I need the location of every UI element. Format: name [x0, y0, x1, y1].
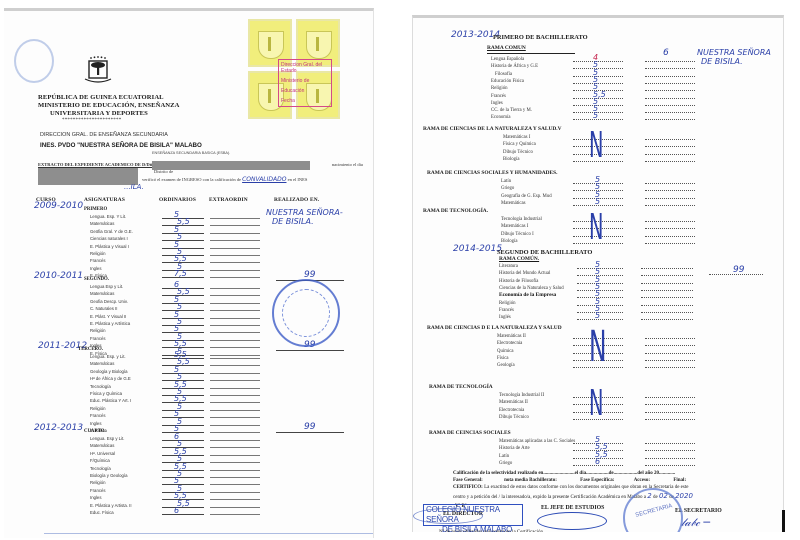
- subject-name: Física y Química: [90, 390, 122, 397]
- extraordinary-grade-line: [210, 388, 260, 389]
- extraordinary-grade-line: [645, 353, 695, 354]
- extraordinary-grade-line: [645, 68, 695, 69]
- extraordinary-grade-line: [210, 295, 260, 296]
- bach2-title: SEGUNDO DE BACHILLERATO: [497, 249, 592, 256]
- education-level-note: ENSEÑANZA SECUNDARIA BASICA (ESBA).: [152, 151, 230, 155]
- extraordinary-grade-line: [210, 318, 260, 319]
- extract-line-3: verificó el examen de INGRESO con la cal…: [142, 176, 307, 183]
- signature-secretario: 𝓁𝒶𝒷𝒸 ─: [681, 516, 710, 530]
- subject-name: Química: [497, 348, 514, 355]
- extraordinary-grade-line: [210, 395, 260, 396]
- branch-title: RAMA DE TECNOLOGÍA: [429, 384, 493, 390]
- subject-name: Religión: [90, 479, 106, 486]
- ordinary-grade-line: [162, 303, 204, 304]
- extraordinary-grade-line: [645, 61, 695, 62]
- extraordinary-grade-line: [645, 338, 695, 339]
- branch-title: RAMA DE CIENCIAS SOCIALES Y HUMANIDADES.: [427, 170, 558, 176]
- subject-name: Matemáticas: [501, 200, 526, 207]
- subject-name: Lengua. Esp y Lit.: [90, 435, 124, 442]
- fiscal-stamps: Direccion Gral. del Estado Ministerio de…: [248, 19, 340, 121]
- extraordinary-grade-line: [645, 98, 695, 99]
- subject-name: Latín: [499, 453, 509, 460]
- extraordinary-grade-line: [645, 119, 695, 120]
- extraordinary-grade-line: [210, 499, 260, 500]
- branch-title: RAMA DE TECNOLOGÍA.: [423, 208, 488, 214]
- extraordinary-grade-line: [645, 404, 695, 405]
- extraordinary-grade-line: [210, 440, 260, 441]
- course-level: TERCERO.: [78, 347, 103, 352]
- ordinary-grade-line: [162, 233, 204, 234]
- subject-name: Geöfia Gral. Y de G.E.: [90, 228, 133, 235]
- subject-name: Ciencias naturales I: [90, 235, 128, 242]
- extraordinary-grade-line: [645, 154, 695, 155]
- ordinary-grade-line: [162, 514, 204, 515]
- branch-title: RAMA DE CEINCIAS SOCIALES: [429, 430, 511, 436]
- extract-line-2: Distrito de: [154, 169, 173, 174]
- signature-jefe: [537, 512, 607, 530]
- subject-name: Matemáticas: [90, 360, 114, 367]
- extraordinary-grade-line: [210, 373, 260, 374]
- subject-name: Lengua Esp y Lit.: [90, 283, 123, 290]
- extraordinary-grade-line: [210, 225, 260, 226]
- extraordinary-grade-line: [210, 310, 260, 311]
- subject-name: Ingles: [90, 420, 101, 427]
- subject-name: Dibujo Técnico: [503, 149, 533, 156]
- extraordinary-grade-line: [645, 458, 695, 459]
- red-overprint-stamp: Direccion Gral. del Estado Ministerio de…: [278, 59, 332, 107]
- extraordinary-grade-line: [645, 139, 695, 140]
- extraordinary-grade-line: [210, 277, 260, 278]
- subject-name: Filosofía: [495, 71, 512, 78]
- right-page-bachillerato-record: 2013-2014 PRIMERO DE BACHILLERATO RAMA C…: [412, 15, 784, 532]
- realizado-line: [276, 350, 344, 351]
- redacted-birth-info: [38, 168, 138, 185]
- extraordinary-grade-line: [210, 492, 260, 493]
- extraordinary-grade-line: [645, 205, 695, 206]
- extraordinary-grade-line: [645, 397, 695, 398]
- ordinary-grade-line: [162, 325, 204, 326]
- subject-name: Historia del Mundo Actual: [499, 270, 550, 277]
- bach2-rama-comun: RAMA COMÚN.: [499, 256, 539, 262]
- extraordinary-grade-line: [641, 268, 693, 269]
- subject-name: Religión: [491, 85, 508, 92]
- bottom-scribble: [44, 533, 374, 535]
- subject-name: Lengua Española: [491, 56, 524, 63]
- subject-name: Hª de África y de G.E: [90, 375, 131, 382]
- bach1-rama-comun: RAMA COMUN: [487, 45, 526, 51]
- ordinary-grade: 6: [595, 458, 600, 466]
- column-header-realizado: REALIZADO EN.: [274, 197, 319, 203]
- signature-director: [413, 508, 483, 524]
- entrance-exam-grade: CONVALIDADO: [242, 176, 286, 183]
- subject-name: Matemáticas II: [499, 399, 528, 406]
- ordinary-grade: 5: [595, 312, 600, 320]
- ordinary-grade-line: [162, 410, 204, 411]
- subject-name: E. Plást. Y Visual II: [90, 313, 126, 320]
- subject-name: Biología: [503, 156, 520, 163]
- ordinary-grade-line: [162, 248, 204, 249]
- extraordinary-grade-line: [210, 380, 260, 381]
- extraordinary-grade-line: [645, 221, 695, 222]
- extraordinary-grade-line: [641, 275, 693, 276]
- extraordinary-grade-line: [210, 455, 260, 456]
- ordinary-grade-line: [162, 440, 204, 441]
- faded-seal-icon: [14, 39, 54, 83]
- extraordinary-grade-line: [645, 345, 695, 346]
- subject-name: CC. de la Tierra y M.: [491, 107, 532, 114]
- subject-name: Educ. Plástica Y Art. I: [90, 397, 131, 404]
- realizado-line: [276, 432, 344, 433]
- column-header-ordinarios: ORDINARIOS: [159, 197, 196, 203]
- ordinary-grade-line: [162, 417, 204, 418]
- extraordinary-grade-line: [210, 255, 260, 256]
- subject-name: Historia de Arte: [499, 445, 530, 452]
- not-applicable-mark: N: [589, 128, 603, 163]
- subject-name: Francés: [90, 257, 106, 264]
- direction-line: DIRECCION GRAL. DE ENSEÑANZA SECUNDARIA: [40, 132, 168, 138]
- extract-handwritten-tail: ...ILA.: [124, 183, 144, 191]
- extraordinary-grade-line: [645, 105, 695, 106]
- course-year: 2009-2010: [34, 201, 83, 211]
- subject-name: Matemáticas: [90, 290, 114, 297]
- ordinary-grade-line: [162, 240, 204, 241]
- realizado-en-handwritten: NUESTRA SEÑORA- DE BISILA.: [266, 208, 343, 226]
- subject-name: Geografía de G. Esp. Mud: [501, 193, 552, 200]
- extraordinary-grade-line: [645, 146, 695, 147]
- subject-name: Ingles: [90, 265, 101, 272]
- extraordinary-grade-line: [641, 283, 693, 284]
- jefe-estudios-title: EL JEFE DE ESTUDIOS: [541, 505, 604, 511]
- subject-name: Religión: [90, 327, 106, 334]
- subject-name: Ingles: [491, 100, 503, 107]
- extraordinary-grade-line: [645, 443, 695, 444]
- extraordinary-grade-line: [645, 450, 695, 451]
- subject-name: Educ. Física: [90, 509, 114, 516]
- ordinary-grade-line: [162, 484, 204, 485]
- ordinary-grade-line: [162, 310, 204, 311]
- subject-name: Religión: [90, 405, 106, 412]
- subject-name: Griego: [501, 185, 514, 192]
- subject-name: Religión: [499, 300, 516, 307]
- extraordinary-grade-line: [210, 303, 260, 304]
- institute-name: INES. PVDO "NUESTRA SEÑORA DE BISILA" MA…: [40, 142, 202, 149]
- extraordinary-grade-line: [641, 290, 693, 291]
- extraordinary-grade-line: [210, 340, 260, 341]
- subject-name: Francés: [499, 307, 514, 314]
- extraordinary-grade-line: [645, 419, 695, 420]
- subject-name: Ciencias de la Naturaleza y Salud: [499, 285, 564, 292]
- certificate-year: 2020: [675, 492, 693, 500]
- extraordinary-grade-line: [210, 262, 260, 263]
- extraordinary-grade-line: [645, 360, 695, 361]
- extraordinary-grade-line: [641, 297, 693, 298]
- course-year: 2010-2011: [34, 271, 83, 281]
- subject-name: Francés: [90, 412, 106, 419]
- extraordinary-grade-line: [210, 462, 260, 463]
- extraordinary-grade-line: [645, 76, 695, 77]
- subject-name: Geología y Biología: [90, 368, 128, 375]
- extraordinary-grade-line: [210, 355, 260, 356]
- ordinary-grade-line: [162, 318, 204, 319]
- subject-name: Hª. Universal: [90, 450, 115, 457]
- subject-name: Dibujo Técnico I: [501, 231, 534, 238]
- branch-title: RAMA DE CIENCIAS D E LA NATURALEZA Y SAL…: [427, 325, 562, 331]
- subject-name: Física: [497, 355, 508, 362]
- column-header-asignaturas: ASIGNATURAS: [84, 197, 125, 203]
- branch-title: RAMA DE CIENCIAS DE LA NATURALEZA Y SALU…: [423, 126, 561, 132]
- subject-name: E. Plástica y Artística: [90, 320, 130, 327]
- extraordinary-grade-line: [645, 112, 695, 113]
- extraordinary-grade-line: [645, 367, 695, 368]
- course-level: PRIMERO: [84, 207, 107, 212]
- subject-name: Matemáticas aplicadas a las C. Sociales: [499, 438, 575, 445]
- subject-name: Electrotecnia: [499, 407, 524, 414]
- extraordinary-grade-line: [641, 319, 693, 320]
- bach1-extraordinary-grade: 6: [663, 48, 669, 58]
- subject-name: Lengua. Esp. y Lit.: [90, 353, 126, 360]
- ministry-header-line1: MINISTERIO DE EDUCACIÓN, ENSEÑANZA: [38, 102, 180, 109]
- subject-name: C. Naturales II: [90, 305, 117, 312]
- extraordinary-grade-line: [645, 465, 695, 466]
- subject-name: Dibujo Técnico: [499, 414, 529, 421]
- ordinary-grade-line: [162, 477, 204, 478]
- extraordinary-grade-line: [210, 288, 260, 289]
- extraordinary-grade-line: [210, 347, 260, 348]
- subject-name: Educación Física: [491, 78, 524, 85]
- extraordinary-grade-line: [645, 228, 695, 229]
- redacted-name: [152, 161, 310, 170]
- subject-name: Inglés: [499, 314, 511, 321]
- subject-name: Matemáticas I: [501, 223, 528, 230]
- ordinary-grade-line: [162, 425, 204, 426]
- subject-name: Lengua. Esp. Y Lit.: [90, 213, 126, 220]
- ordinary-grade-line: [162, 332, 204, 333]
- ordinary-grade: 5: [593, 112, 598, 120]
- extraordinary-grade-line: [645, 90, 695, 91]
- extraordinary-grade-line: [210, 218, 260, 219]
- extraordinary-grade-line: [210, 470, 260, 471]
- coat-of-arms-icon: [82, 55, 114, 83]
- extraordinary-grade-line: [210, 325, 260, 326]
- extraordinary-grade-line: [645, 161, 695, 162]
- subject-name: Geología: [497, 362, 515, 369]
- extraordinary-grade-line: [641, 305, 693, 306]
- ministry-header-line2: UNIVERSITARIA Y DEPORTES: [50, 110, 148, 117]
- subject-name: Matemáticas: [90, 220, 114, 227]
- extraordinary-grade-line: [210, 358, 260, 359]
- extraordinary-grade-line: [210, 410, 260, 411]
- subject-name: Francés: [90, 335, 106, 342]
- extraordinary-grade-line: [645, 198, 695, 199]
- bach1-realizado-en: NUESTRA SEÑORA DE BISILA.: [697, 48, 771, 66]
- header-stars: **********************: [62, 118, 121, 123]
- subject-name: Economía de la Empresa: [499, 292, 556, 299]
- extraordinary-grade-line: [645, 243, 695, 244]
- extraordinary-grade-line: [645, 190, 695, 191]
- subject-name: Física y Química: [503, 141, 536, 148]
- extraordinary-grade-line: [210, 514, 260, 515]
- not-applicable-mark: N: [589, 210, 603, 245]
- subject-name: Matemáticas II: [497, 333, 526, 340]
- extraordinary-grade-line: [210, 447, 260, 448]
- extraordinary-grade-line: [210, 417, 260, 418]
- subject-name: E. Plástica y Artista. II: [90, 502, 132, 509]
- subject-name: Biología: [501, 238, 518, 245]
- subject-name: Matemáticas: [90, 442, 114, 449]
- subject-name: Biología y Geología: [90, 472, 128, 479]
- subject-name: Griego: [499, 460, 512, 467]
- subject-name: Tecnología: [90, 383, 111, 390]
- course-year: 2012-2013: [34, 423, 83, 433]
- phase-line: Fase General: nota media Bachillerato: F…: [453, 478, 753, 483]
- subject-name: Electrotecnia: [497, 340, 522, 347]
- school-seal-icon: [272, 279, 340, 347]
- ordinary-grade: 5: [595, 198, 600, 206]
- extraordinary-grade-line: [645, 412, 695, 413]
- subject-name: Francés: [491, 93, 506, 100]
- realizado-number: 99: [304, 422, 315, 432]
- not-applicable-mark: N: [589, 386, 603, 421]
- extraordinary-grade-line: [210, 484, 260, 485]
- subject-name: Latín: [501, 178, 511, 185]
- ordinary-grade-line: [162, 432, 204, 433]
- extraordinary-grade-line: [210, 507, 260, 508]
- extraordinary-grade-line: [210, 432, 260, 433]
- bach1-title: PRIMERO DE BACHILLERATO: [493, 34, 588, 41]
- ordinary-grade-line: [162, 373, 204, 374]
- subject-name: Ingles: [90, 494, 101, 501]
- course-level: SEGUNDO.: [84, 277, 109, 282]
- extraordinary-grade-line: [210, 402, 260, 403]
- subject-name: Historia de África y G.E: [491, 63, 538, 70]
- extraordinary-grade-line: [210, 477, 260, 478]
- extraordinary-grade-line: [210, 365, 260, 366]
- extraordinary-grade-line: [210, 240, 260, 241]
- realizado-number: 99: [733, 265, 744, 275]
- extraordinary-grade-line: [210, 270, 260, 271]
- extraordinary-grade-line: [645, 83, 695, 84]
- bach2-year: 2014-2015: [453, 244, 502, 254]
- extraordinary-grade-line: [210, 425, 260, 426]
- country-header: REPÚBLICA DE GUINEA ECUATORIAL: [38, 94, 164, 101]
- selectividad-line: Calificación de la selectividad realizad…: [453, 471, 675, 476]
- subject-name: Geofia Descp. Univ.: [90, 298, 128, 305]
- subject-name: Tecnología Industrial II: [499, 392, 544, 399]
- subject-name: Francés: [90, 487, 106, 494]
- ordinary-grade: 7,5: [174, 270, 187, 278]
- crop-mark: [782, 510, 785, 532]
- extraordinary-grade-line: [210, 233, 260, 234]
- extraordinary-grade-line: [210, 248, 260, 249]
- extraordinary-grade-line: [641, 312, 693, 313]
- subject-name: Economía: [491, 114, 510, 121]
- extraordinary-grade-line: [645, 183, 695, 184]
- course-level: CUARTO.: [84, 429, 106, 434]
- subject-name: Historia de Filosofía: [499, 278, 538, 285]
- ordinary-grade: 6: [174, 507, 179, 515]
- subject-name: Tecnología Industrial: [501, 216, 542, 223]
- extraordinary-grade-line: [645, 236, 695, 237]
- subject-name: Tecnología: [90, 465, 111, 472]
- subject-name: E. Plástica y Visual I: [90, 243, 129, 250]
- subject-name: Religión: [90, 250, 106, 257]
- subject-name: Literatura: [499, 263, 518, 270]
- not-applicable-mark: N: [589, 327, 606, 370]
- extraordinary-grade-line: [210, 332, 260, 333]
- subject-name: F/Química: [90, 457, 110, 464]
- subject-name: Matemáticas I: [503, 134, 530, 141]
- sheet-count-note: Nº de hojas utilizadas que consta en la …: [439, 530, 696, 532]
- left-page-academic-record: REPÚBLICA DE GUINEA ECUATORIAL MINISTERI…: [4, 8, 374, 538]
- column-header-extraordin: EXTRAORDIN: [209, 197, 248, 203]
